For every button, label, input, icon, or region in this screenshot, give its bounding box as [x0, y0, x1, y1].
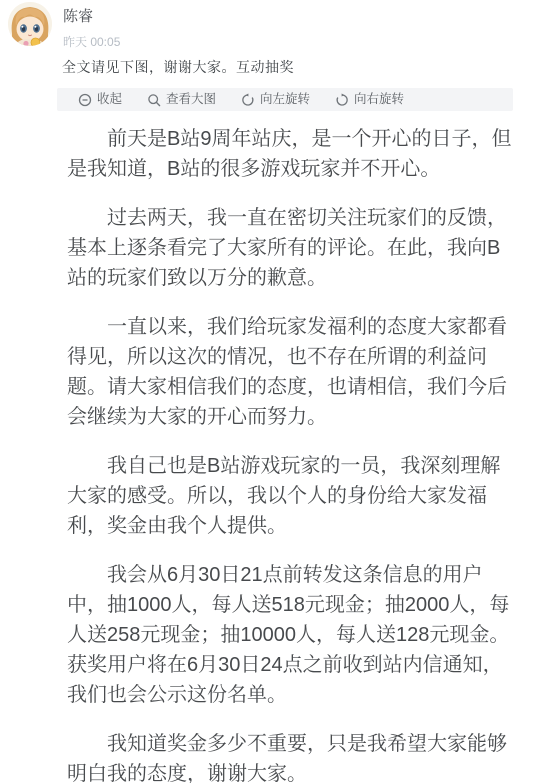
- article-line: 前天是B站9周年站庆，是一个开心的日子，但: [67, 124, 498, 154]
- article-line: 基本上逐条看完了大家所有的评论。在此，我向B: [67, 233, 498, 263]
- article-line: 明白我的态度，谢谢大家。: [67, 759, 498, 783]
- post-text: 全文请见下图，谢谢大家。互动抽奖: [62, 57, 550, 77]
- view-large-button[interactable]: 查看大图: [147, 93, 216, 107]
- article-line: 人送258元现金；抽10000人，每人送128元现金。: [67, 620, 498, 650]
- timestamp: 昨天 00:05: [63, 33, 120, 50]
- article-line: 我们也会公示这份名单。: [67, 680, 498, 710]
- article-image[interactable]: 前天是B站9周年站庆，是一个开心的日子，但是我知道，B站的很多游戏玩家并不开心。…: [0, 111, 550, 783]
- article-line: 获奖用户将在6月30日24点之前收到站内信通知，: [67, 650, 498, 680]
- collapse-icon: [78, 93, 97, 107]
- article-line: 得见，所以这次的情况，也不存在所谓的利益问: [67, 342, 498, 372]
- view-large-label: 查看大图: [166, 93, 216, 106]
- article-line: 站的玩家们致以万分的歉意。: [67, 263, 498, 293]
- rotate-right-button[interactable]: 向右旋转: [335, 93, 404, 107]
- avatar-illustration: [8, 2, 52, 46]
- magnifier-icon: [147, 93, 166, 107]
- collapse-button[interactable]: 收起: [78, 93, 122, 107]
- rotate-left-label: 向左旋转: [260, 93, 310, 106]
- rotate-left-button[interactable]: 向左旋转: [241, 93, 310, 107]
- rotate-right-label: 向右旋转: [354, 93, 404, 106]
- article-line: 我会从6月30日21点前转发这条信息的用户: [67, 560, 498, 590]
- article-line: 会继续为大家的开心而努力。: [67, 402, 498, 432]
- article-paragraph: 我会从6月30日21点前转发这条信息的用户中，抽1000人，每人送518元现金；…: [67, 560, 498, 710]
- article-paragraph: 我自己也是B站游戏玩家的一员，我深刻理解大家的感受。所以，我以个人的身份给大家发…: [67, 451, 498, 541]
- article-line: 我知道奖金多少不重要，只是我希望大家能够: [67, 729, 498, 759]
- article-line: 一直以来，我们给玩家发福利的态度大家都看: [67, 312, 498, 342]
- article-paragraph: 过去两天，我一直在密切关注玩家们的反馈，基本上逐条看完了大家所有的评论。在此，我…: [67, 203, 498, 293]
- username[interactable]: 陈睿: [63, 5, 120, 26]
- post-card: 陈睿 昨天 00:05 全文请见下图，谢谢大家。互动抽奖 收起 查看大图: [0, 0, 550, 783]
- article-paragraph: 前天是B站9周年站庆，是一个开心的日子，但是我知道，B站的很多游戏玩家并不开心。: [67, 124, 498, 184]
- article-line: 是我知道，B站的很多游戏玩家并不开心。: [67, 154, 498, 184]
- article-line: 利，奖金由我个人提供。: [67, 511, 498, 541]
- article-line: 大家的感受。所以，我以个人的身份给大家发福: [67, 481, 498, 511]
- rotate-right-icon: [335, 93, 354, 107]
- article-line: 中，抽1000人，每人送518元现金；抽2000人，每: [67, 590, 498, 620]
- article-line: 我自己也是B站游戏玩家的一员，我深刻理解: [67, 451, 498, 481]
- collapse-label: 收起: [97, 93, 122, 106]
- post-header: 陈睿 昨天 00:05: [0, 0, 550, 50]
- avatar[interactable]: [8, 2, 52, 46]
- article-paragraph: 一直以来，我们给玩家发福利的态度大家都看得见，所以这次的情况，也不存在所谓的利益…: [67, 312, 498, 432]
- article-line: 题。请大家相信我们的态度，也请相信，我们今后: [67, 372, 498, 402]
- user-meta: 陈睿 昨天 00:05: [63, 2, 120, 50]
- image-toolbar: 收起 查看大图 向左旋转: [57, 88, 513, 111]
- rotate-left-icon: [241, 93, 260, 107]
- article-paragraph: 我知道奖金多少不重要，只是我希望大家能够明白我的态度，谢谢大家。: [67, 729, 498, 783]
- article-line: 过去两天，我一直在密切关注玩家们的反馈，: [67, 203, 498, 233]
